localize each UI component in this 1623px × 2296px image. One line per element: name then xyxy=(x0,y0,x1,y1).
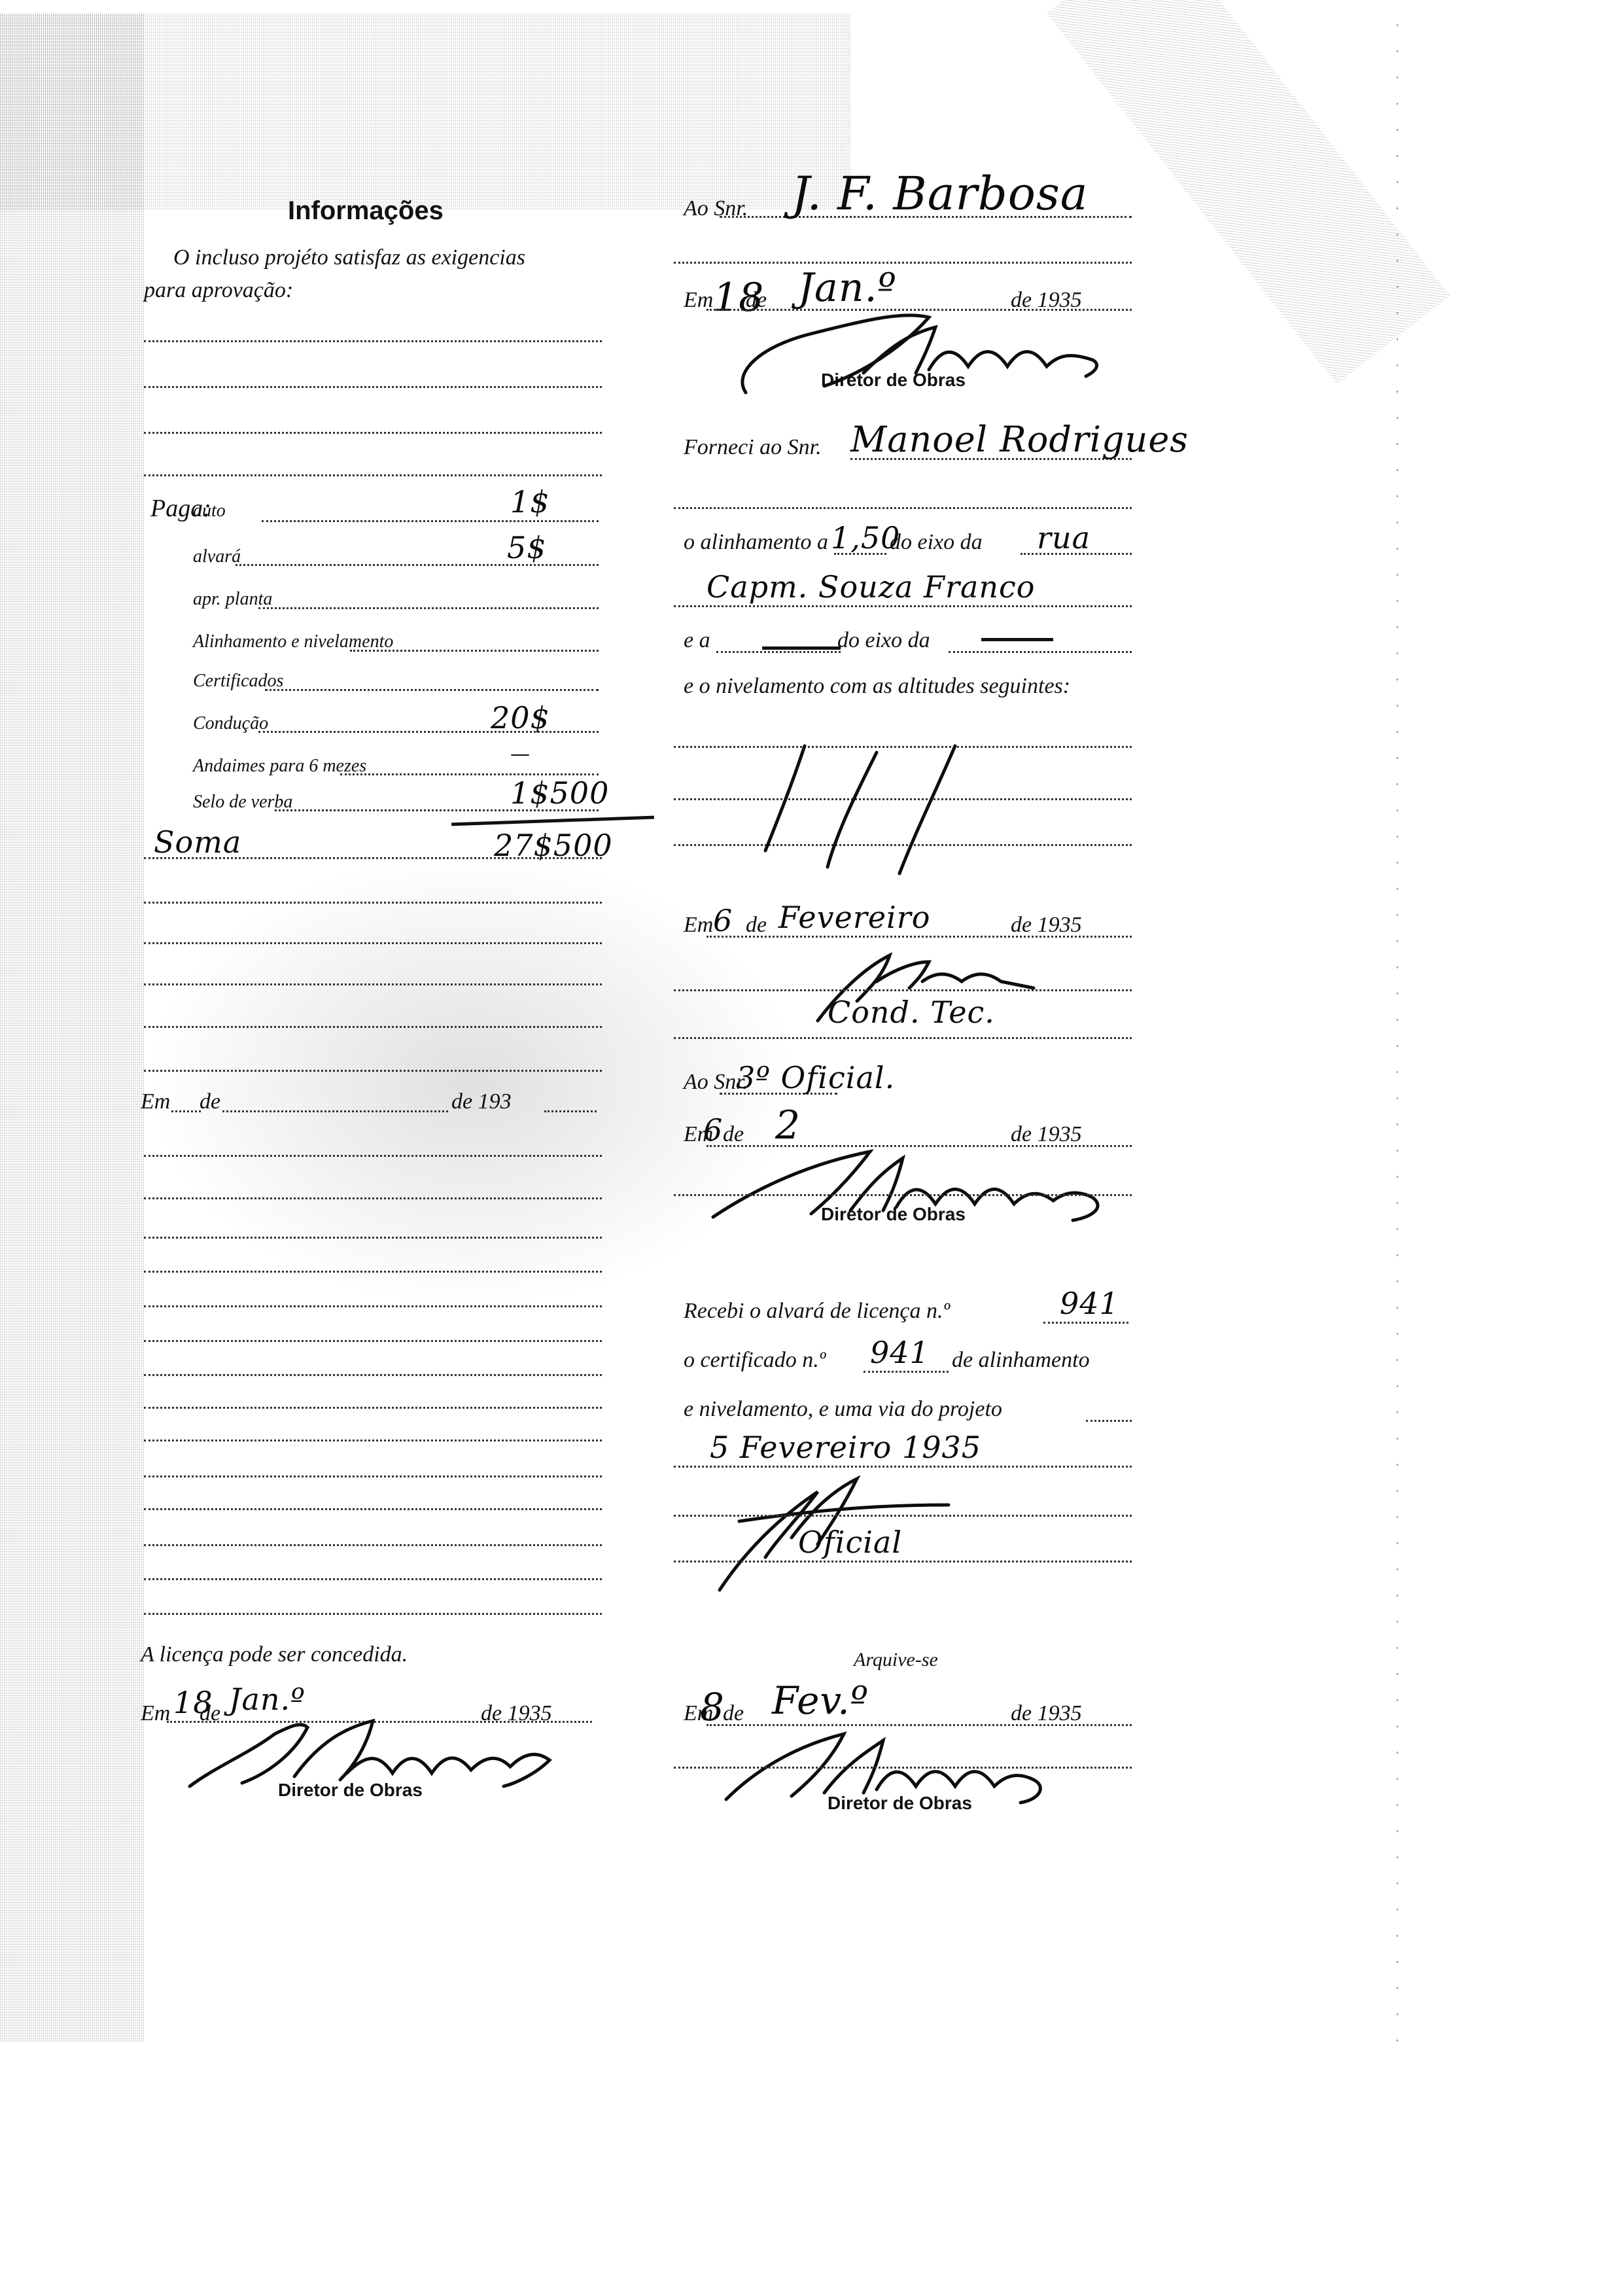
de-label: de xyxy=(723,1701,744,1726)
street-line xyxy=(949,651,1132,653)
page-edge xyxy=(1397,13,1398,2041)
blank-line xyxy=(674,989,1132,991)
distance-line xyxy=(834,553,886,555)
blank-line xyxy=(144,340,602,342)
addressee-name: 3º Oficial. xyxy=(736,1060,895,1095)
blank-line xyxy=(144,1070,602,1072)
blank-line xyxy=(674,1561,1132,1563)
blank-line xyxy=(674,262,1132,264)
street-b: Capm. Souza Franco xyxy=(707,569,1035,605)
signature-role: Diretor de Obras xyxy=(821,1204,966,1225)
blank-line xyxy=(1086,1420,1132,1422)
license-text: A licença pode ser concedida. xyxy=(141,1642,408,1667)
distance-line xyxy=(716,651,841,653)
date-day: 6 xyxy=(713,903,733,938)
altitude-strike-marks xyxy=(707,733,1099,890)
alvara-number-line xyxy=(1043,1322,1128,1324)
addressee-name: J. F. Barbosa xyxy=(792,167,1089,221)
blank-line xyxy=(144,1305,602,1307)
date-month: Fevereiro xyxy=(778,900,930,935)
alvara-number: 941 xyxy=(1060,1286,1119,1321)
fee-line xyxy=(262,520,599,522)
em-label: Em xyxy=(141,1089,170,1114)
signature-role: Diretor de Obras xyxy=(821,370,966,391)
forneci-name: Manoel Rodrigues xyxy=(850,419,1189,460)
blank-line xyxy=(674,1037,1132,1039)
fee-value: — xyxy=(510,743,531,766)
nivelamento-text: e o nivelamento com as altitudes seguint… xyxy=(684,674,1070,699)
alinhamento-prefix: o alinhamento a xyxy=(684,530,828,555)
blank-line xyxy=(144,386,602,388)
date-year: de 1935 xyxy=(1011,913,1082,938)
dash-mark xyxy=(762,646,841,650)
blank-line xyxy=(144,857,602,859)
intro-line-2: para aprovação: xyxy=(144,278,293,303)
cond-tec-role: Cond. Tec. xyxy=(828,995,995,1030)
blank-line xyxy=(144,1237,602,1239)
blank-line xyxy=(144,474,602,476)
scan-noise-top xyxy=(0,13,850,209)
blank-line xyxy=(144,983,602,985)
blank-line xyxy=(144,1155,602,1157)
fee-line xyxy=(265,689,599,691)
de-label: de xyxy=(200,1089,220,1114)
de-label: de xyxy=(746,913,767,938)
license-month: Jan.º xyxy=(229,1682,305,1717)
blank-line xyxy=(144,902,602,904)
forneci-label: Forneci ao Snr. xyxy=(684,435,822,460)
blank-line xyxy=(144,1475,602,1477)
signature-line xyxy=(674,1194,1132,1196)
date-month: Jan.º xyxy=(798,265,897,311)
arquive-text: Arquive-se xyxy=(854,1649,938,1671)
fee-label: auto xyxy=(193,501,226,521)
fee-line xyxy=(258,607,599,609)
cert-number-line xyxy=(864,1371,949,1373)
cert-number: 941 xyxy=(870,1335,930,1370)
fee-value: 5$ xyxy=(507,530,547,565)
heading-informacoes: Informações xyxy=(288,196,444,226)
blank-line xyxy=(144,432,602,434)
date-year: de 1935 xyxy=(1011,1122,1082,1147)
date-year-line xyxy=(544,1110,597,1112)
signature-line xyxy=(674,1767,1132,1769)
fee-value: 1$500 xyxy=(510,775,609,811)
em-label: Em xyxy=(141,1701,170,1726)
blank-line xyxy=(144,1578,602,1580)
fee-label: Condução xyxy=(193,713,268,734)
recebi-line-1: Recebi o alvará de licença n.º xyxy=(684,1299,950,1324)
blank-line xyxy=(144,1197,602,1199)
dash-mark xyxy=(981,638,1053,641)
blank-line xyxy=(144,1544,602,1546)
blank-line xyxy=(674,507,1132,509)
street-line-2 xyxy=(674,605,1132,607)
fee-value: 20$ xyxy=(491,700,550,735)
blank-line xyxy=(144,1271,602,1273)
street-a: rua xyxy=(1037,520,1091,556)
sum-rule xyxy=(451,816,654,826)
signature-role: Diretor de Obras xyxy=(828,1793,972,1814)
de-year-label: de 193 xyxy=(451,1089,512,1114)
recebi-date: 5 Fevereiro 1935 xyxy=(710,1430,981,1465)
fee-label: alvará xyxy=(193,546,241,567)
blank-line xyxy=(144,1026,602,1028)
e-a-middle: do eixo da xyxy=(837,628,930,653)
blank-line xyxy=(144,1613,602,1615)
blank-line xyxy=(144,1407,602,1409)
blank-line xyxy=(674,1515,1132,1517)
date-month: Fev.º xyxy=(772,1678,869,1723)
alinhamento-middle: do eixo da xyxy=(890,530,983,555)
de-label: de xyxy=(723,1122,744,1147)
blank-line xyxy=(144,1374,602,1376)
date-month: 2 xyxy=(775,1103,801,1148)
recebi-line-2-prefix: o certificado n.º xyxy=(684,1348,826,1373)
scan-noise-left xyxy=(0,13,144,2041)
blank-line xyxy=(144,942,602,944)
e-a-prefix: e a xyxy=(684,628,710,653)
blank-line xyxy=(144,1508,602,1510)
date-year: de 1935 xyxy=(1011,1701,1082,1726)
fee-value: 1$ xyxy=(510,484,550,520)
date-day: 8 xyxy=(700,1685,725,1729)
recebi-line-3: e nivelamento, e uma via do projeto xyxy=(684,1397,1002,1422)
receiver-role: Oficial xyxy=(798,1525,902,1560)
intro-line-1: O incluso projéto satisfaz as exigencias xyxy=(173,245,525,270)
signature-role: Diretor de Obras xyxy=(278,1780,423,1801)
recebi-line-2-suffix: de alinhamento xyxy=(952,1348,1090,1373)
fee-line xyxy=(350,650,599,652)
date-day-line xyxy=(171,1110,201,1112)
date-day: 6 xyxy=(703,1112,723,1148)
total-label: Soma xyxy=(154,824,241,860)
em-label: Em xyxy=(684,913,713,938)
date-month-line xyxy=(222,1110,448,1112)
blank-line xyxy=(144,1439,602,1441)
blank-line xyxy=(144,1340,602,1342)
